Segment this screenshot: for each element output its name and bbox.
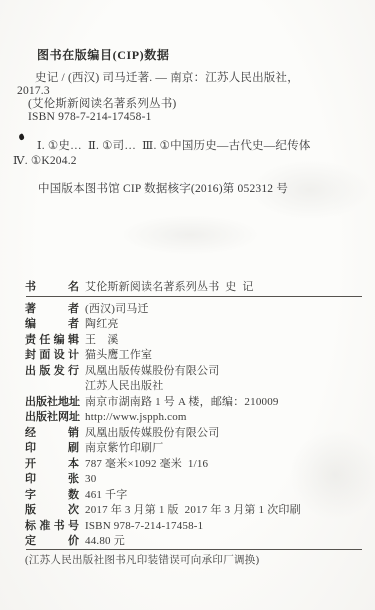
field-value: 787 毫米×1092 毫米 1/16 <box>85 457 208 473</box>
colophon-row-isbn: 标准书号 ISBN 978-7-214-17458-1 <box>25 519 365 535</box>
field-value: 江苏人民出版社 <box>85 379 163 395</box>
field-label: 书名 <box>25 280 79 296</box>
field-label: 定价 <box>25 534 79 550</box>
cip-classification-line-1: Ⅰ. ①史… Ⅱ. ①司… Ⅲ. ①中国历史—古代史—纪传体 <box>37 140 311 153</box>
ink-speck <box>18 133 25 141</box>
colophon-row-distributor: 经销 凤凰出版传媒股份有限公司 <box>25 426 365 442</box>
field-label: 印刷 <box>25 441 79 457</box>
field-value: 461 千字 <box>85 488 127 504</box>
field-label: 出版社地址 <box>25 395 79 411</box>
cip-header: 图书在版编目(CIP)数据 <box>37 46 169 63</box>
field-label: 标准书号 <box>25 519 79 535</box>
field-label: 编者 <box>25 317 79 333</box>
field-value: 艾伦斯新阅读名著系列丛书 史 记 <box>85 280 254 296</box>
cip-record-line-1: 史记 / (西汉) 司马迁著. — 南京：江苏人民出版社， <box>35 72 299 85</box>
cip-record-line-2: 2017.3 <box>17 85 50 98</box>
field-value: 南京市湖南路 1 号 A 楼，邮编：210009 <box>85 395 279 411</box>
field-label: 版次 <box>25 503 79 519</box>
colophon-row-price: 定价 44.80 元 <box>25 534 365 550</box>
scan-smudge <box>120 215 260 255</box>
colophon-section: 书名 艾伦斯新阅读名著系列丛书 史 记 著者 (西汉)司马迁 编者 陶红亮 责任… <box>25 280 365 550</box>
field-value: 凤凰出版传媒股份有限公司 <box>85 426 219 442</box>
colophon-row-edition: 版次 2017 年 3 月第 1 版 2017 年 3 月第 1 次印刷 <box>25 503 365 519</box>
field-label: 责任编辑 <box>25 333 79 349</box>
colophon-row-word-count: 字数 461 千字 <box>25 488 365 504</box>
field-label: 出版社网址 <box>25 410 79 426</box>
field-value: 王 溪 <box>85 333 119 349</box>
field-label: 开本 <box>25 457 79 473</box>
book-copyright-page: 图书在版编目(CIP)数据 史记 / (西汉) 司马迁著. — 南京：江苏人民出… <box>0 0 375 610</box>
field-label: 出版发行 <box>25 364 79 380</box>
colophon-row-responsible-editor: 责任编辑 王 溪 <box>25 333 365 349</box>
cip-classification-line-2: Ⅳ. ①K204.2 <box>13 155 77 168</box>
colophon-row-publisher-website: 出版社网址 http://www.jspph.com <box>25 410 365 426</box>
field-value: http://www.jspph.com <box>85 410 187 426</box>
bottom-rule <box>26 549 362 550</box>
field-value: 南京紫竹印刷厂 <box>85 441 163 457</box>
misprint-exchange-note: (江苏人民出版社图书凡印装错误可向承印厂调换) <box>25 552 259 567</box>
cip-series-line: (艾伦斯新阅读名著系列丛书) <box>28 98 176 111</box>
field-value: 凤凰出版传媒股份有限公司 <box>85 364 219 380</box>
field-value: 2017 年 3 月第 1 版 2017 年 3 月第 1 次印刷 <box>85 503 301 519</box>
colophon-row-sheets: 印张 30 <box>25 472 365 488</box>
colophon-row-printer: 印刷 南京紫竹印刷厂 <box>25 441 365 457</box>
cip-isbn-line: ISBN 978-7-214-17458-1 <box>28 111 152 124</box>
cip-registry-line: 中国版本图书馆 CIP 数据核字(2016)第 052312 号 <box>38 180 288 196</box>
field-label: 字数 <box>25 488 79 504</box>
field-value: ISBN 978-7-214-17458-1 <box>85 519 203 535</box>
title-row-rule <box>26 296 362 297</box>
colophon-row-format: 开本 787 毫米×1092 毫米 1/16 <box>25 457 365 473</box>
field-label: 印张 <box>25 472 79 488</box>
colophon-row-publisher-address: 出版社地址 南京市湖南路 1 号 A 楼，邮编：210009 <box>25 395 365 411</box>
colophon-row-title: 书名 艾伦斯新阅读名著系列丛书 史 记 <box>25 280 365 296</box>
field-value: 44.80 元 <box>85 534 125 550</box>
colophon-row-cover-design: 封面设计 猫头鹰工作室 <box>25 348 365 364</box>
colophon-row-publisher: 出版发行 凤凰出版传媒股份有限公司 <box>25 364 365 380</box>
colophon-row-publisher-cont: 江苏人民出版社 <box>25 379 365 395</box>
field-label: 著者 <box>25 302 79 318</box>
field-value: (西汉)司马迁 <box>85 302 149 318</box>
field-value: 30 <box>85 472 96 488</box>
field-label: 封面设计 <box>25 348 79 364</box>
field-value: 陶红亮 <box>85 317 119 333</box>
colophon-row-editor: 编者 陶红亮 <box>25 317 365 333</box>
field-label: 经销 <box>25 426 79 442</box>
colophon-row-author: 著者 (西汉)司马迁 <box>25 302 365 318</box>
field-value: 猫头鹰工作室 <box>85 348 152 364</box>
